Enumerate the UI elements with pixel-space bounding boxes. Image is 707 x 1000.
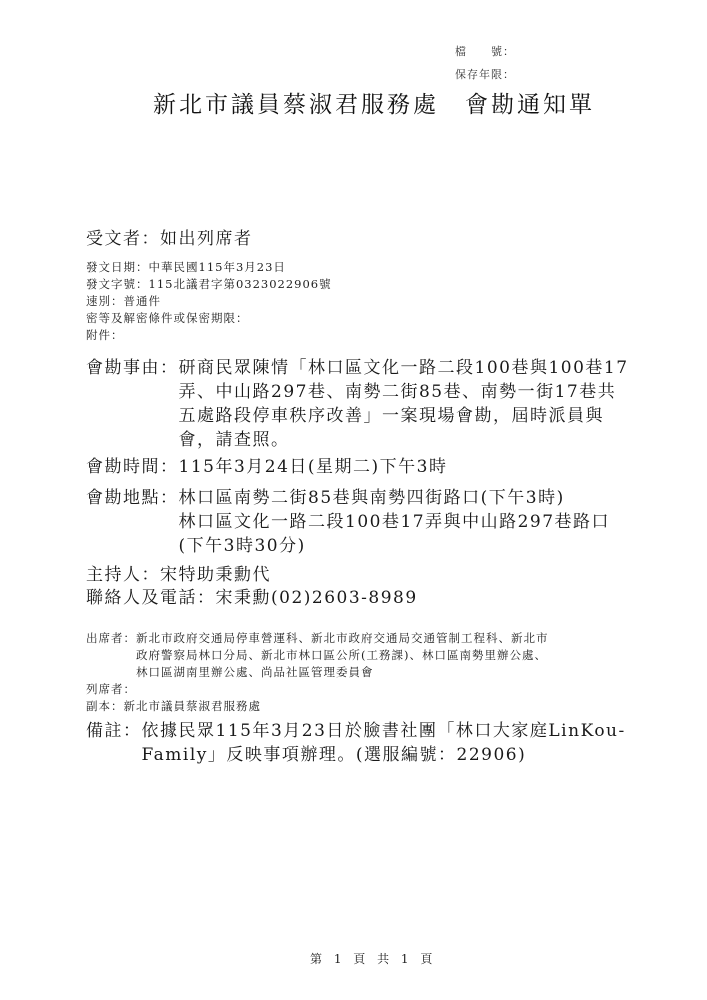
contact: 聯絡人及電話： 宋秉勳(02)2603-8989 — [86, 586, 418, 610]
contact-value: 宋秉勳(02)2603-8989 — [216, 586, 418, 610]
inspection-reason-line: 弄、中山路297巷、南勢二街85巷、南勢一街17巷共 — [179, 380, 629, 404]
inspection-reason-label: 會勘事由： — [86, 356, 179, 452]
secrecy-line: 密等及解密條件或保密期限： — [86, 310, 332, 327]
remarks-line: 依據民眾115年3月23日於臉書社團「林口大家庭LinKou- — [142, 719, 626, 743]
attendees-line: 政府警察局林口分局、新北市林口區公所(工務課)、林口區南勢里辦公處、 — [136, 647, 549, 664]
inspection-location-line: 林口區文化一路二段100巷17弄與中山路297巷路口 — [179, 510, 611, 534]
copy-label: 副本： — [86, 698, 124, 715]
inspection-location-line: 林口區南勢二街85巷與南勢四街路口(下午3時) — [179, 486, 611, 510]
contact-label: 聯絡人及電話： — [86, 586, 216, 610]
page-indicator: 第 1 頁 共 1 頁 — [310, 950, 436, 967]
recipient-value: 如出列席者 — [160, 229, 253, 249]
inspection-time-value: 115年3月24日(星期二)下午3時 — [179, 455, 448, 479]
host-value: 宋特助秉勳代 — [160, 563, 271, 587]
recipient-line: 受文者：如出列席者 — [86, 227, 253, 251]
attendees: 出席者： 新北市政府交通局停車營運科、新北市政府交通局交通管制工程科、新北市 政… — [86, 630, 549, 681]
title-organization: 新北市議員蔡淑君服務處 — [153, 92, 439, 118]
retention-period-label: 保存年限： — [455, 66, 515, 82]
speed-value: 普通件 — [124, 294, 162, 308]
host-label: 主持人： — [86, 563, 160, 587]
attendees-label: 出席者： — [86, 630, 136, 681]
inspection-reason-line: 研商民眾陳情「林口區文化一路二段100巷與100巷17 — [179, 356, 629, 380]
observers: 列席者： — [86, 681, 136, 698]
speed-label: 速別： — [86, 294, 124, 308]
inspection-location-line: (下午3時30分) — [179, 534, 611, 558]
copy-value: 新北市議員蔡淑君服務處 — [124, 698, 262, 715]
remarks-label: 備註： — [86, 719, 142, 767]
issue-date-value: 中華民國115年3月23日 — [149, 260, 286, 274]
attachment-label: 附件： — [86, 328, 124, 342]
inspection-location: 會勘地點： 林口區南勢二街85巷與南勢四街路口(下午3時) 林口區文化一路二段1… — [86, 486, 610, 558]
attachment-line: 附件： — [86, 327, 332, 344]
speed-line: 速別：普通件 — [86, 293, 332, 310]
attendees-line: 林口區湖南里辦公處、尚品社區管理委員會 — [136, 664, 549, 681]
issue-date-line: 發文日期：中華民國115年3月23日 — [86, 259, 332, 276]
observers-label: 列席者： — [86, 681, 136, 698]
secrecy-label: 密等及解密條件或保密期限： — [86, 311, 249, 325]
inspection-reason-line: 會，請查照。 — [179, 428, 629, 452]
host: 主持人： 宋特助秉勳代 — [86, 563, 271, 587]
inspection-reason-line: 五處路段停車秩序改善」一案現場會勘，屆時派員與 — [179, 404, 629, 428]
issue-date-label: 發文日期： — [86, 260, 149, 274]
inspection-time: 會勘時間： 115年3月24日(星期二)下午3時 — [86, 455, 447, 479]
file-number-label: 檔 號： — [455, 43, 515, 59]
inspection-reason: 會勘事由： 研商民眾陳情「林口區文化一路二段100巷與100巷17 弄、中山路2… — [86, 356, 629, 452]
inspection-time-label: 會勘時間： — [86, 455, 179, 479]
doc-number-value: 115北議君字第0323022906號 — [149, 277, 332, 291]
document-title: 新北市議員蔡淑君服務處會勘通知單 — [153, 86, 595, 119]
title-document-type: 會勘通知單 — [465, 92, 595, 118]
remarks: 備註： 依據民眾115年3月23日於臉書社團「林口大家庭LinKou- Fami… — [86, 719, 626, 767]
remarks-line: Family」反映事項辦理。(選服編號：22906) — [142, 743, 626, 767]
copy-to: 副本： 新北市議員蔡淑君服務處 — [86, 698, 261, 715]
issue-info-block: 發文日期：中華民國115年3月23日 發文字號：115北議君字第03230229… — [86, 259, 332, 344]
attendees-line: 新北市政府交通局停車營運科、新北市政府交通局交通管制工程科、新北市 — [136, 630, 549, 647]
doc-number-line: 發文字號：115北議君字第0323022906號 — [86, 276, 332, 293]
doc-number-label: 發文字號： — [86, 277, 149, 291]
recipient-label: 受文者： — [86, 229, 160, 249]
inspection-location-label: 會勘地點： — [86, 486, 179, 558]
